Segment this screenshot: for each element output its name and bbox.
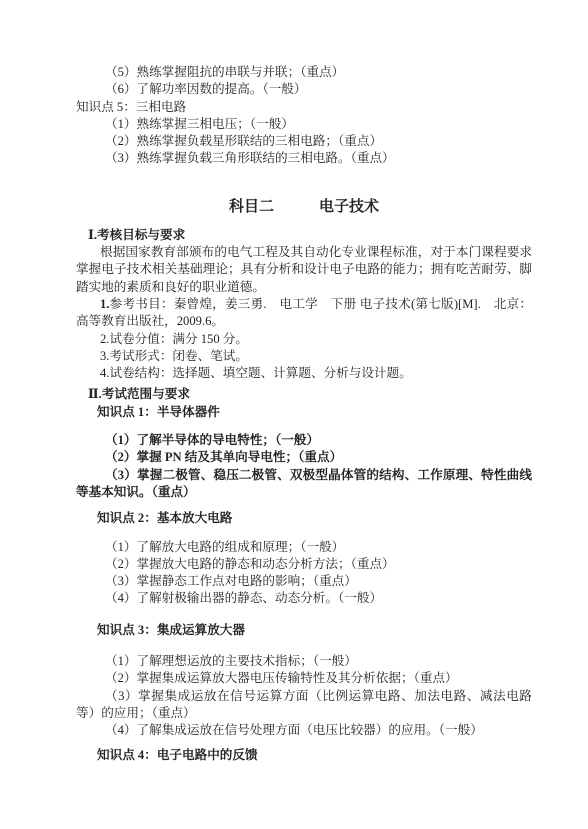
section-heading: Ⅱ.考试范围与要求 — [76, 386, 532, 403]
knowledge-point-items: （1）了解理想运放的主要技术指标；（一般） （2）掌握集成运算放大器电压传输特性… — [76, 653, 532, 739]
document-content: （5）熟练掌握阻抗的串联与并联；（重点） （6）了解功率因数的提高。（一般） 知… — [76, 64, 532, 764]
syllabus-item: （3）掌握二极管、稳压二极管、双极型晶体管的结构、工作原理、特性曲线等基本知识。… — [76, 467, 532, 502]
exam-score-item: 2.试卷分值：满分 150 分。 — [76, 331, 532, 348]
syllabus-item: （1）了解放大电路的组成和原理；（一般） — [76, 539, 532, 556]
exam-structure-item: 4.试卷结构：选择题、填空题、计算题、分析与设计题。 — [76, 365, 532, 382]
section-assessment-goals: Ⅰ.考核目标与要求 根据国家教育部颁布的电气工程及其自动化专业课程标准，对于本门… — [76, 227, 532, 383]
section-exam-scope: Ⅱ.考试范围与要求 知识点 1：半导体器件 （1）了解半导体的导电特性；（一般）… — [76, 386, 532, 763]
knowledge-point-heading: 知识点 4：电子电路中的反馈 — [76, 747, 532, 764]
intro-paragraph: 根据国家教育部颁布的电气工程及其自动化专业课程标准，对于本门课程要求掌握电子技术… — [76, 244, 532, 296]
syllabus-item: （2）熟练掌握负载星形联结的三相电路；（重点） — [76, 133, 532, 150]
knowledge-point-heading: 知识点 1：半导体器件 — [76, 404, 532, 421]
subject-name: 电子技术 — [319, 199, 379, 215]
syllabus-item: （6）了解功率因数的提高。（一般） — [76, 81, 532, 98]
syllabus-item: （1）了解理想运放的主要技术指标；（一般） — [76, 653, 532, 670]
reference-item: 1.参考书目：秦曾煌，姜三勇. 电工学 下册 电子技术(第七版)[M]. 北京：… — [76, 296, 532, 331]
syllabus-item: （3）掌握静态工作点对电路的影响；（重点） — [76, 573, 532, 590]
previous-subject-tail: （5）熟练掌握阻抗的串联与并联；（重点） （6）了解功率因数的提高。（一般） 知… — [76, 64, 532, 168]
subject-title: 科目二电子技术 — [76, 198, 532, 216]
item-text: 参考书目：秦曾煌，姜三勇. 电工学 下册 电子技术(第七版)[M]. 北京：高等… — [76, 297, 532, 328]
syllabus-item: （4）了解射极输出器的静态、动态分析。（一般） — [76, 590, 532, 607]
syllabus-item: （3）掌握集成运放在信号运算方面（比例运算电路、加法电路、减法电路等）的应用；（… — [76, 688, 532, 723]
knowledge-point-heading: 知识点 3：集成运算放大器 — [76, 622, 532, 639]
exam-form-item: 3.考试形式：闭卷、笔试。 — [76, 348, 532, 365]
syllabus-item: （1）了解半导体的导电特性；（一般） — [76, 432, 532, 449]
item-text: 试卷分值：满分 150 分。 — [109, 332, 248, 346]
syllabus-item: （5）熟练掌握阻抗的串联与并联；（重点） — [76, 64, 532, 81]
document-page: （5）熟练掌握阻抗的串联与并联；（重点） （6）了解功率因数的提高。（一般） 知… — [0, 0, 588, 829]
syllabus-item: （2）掌握集成运算放大器电压传输特性及其分析依据；（重点） — [76, 670, 532, 687]
knowledge-point-items: （1）了解放大电路的组成和原理；（一般） （2）掌握放大电路的静态和动态分析方法… — [76, 539, 532, 608]
syllabus-item: （1）熟练掌握三相电压；（一般） — [76, 116, 532, 133]
subject-number: 科目二 — [229, 199, 274, 215]
syllabus-item: （2）掌握放大电路的静态和动态分析方法；（重点） — [76, 556, 532, 573]
syllabus-item: （4）了解集成运放在信号处理方面（电压比较器）的应用。（一般） — [76, 722, 532, 739]
section-heading: Ⅰ.考核目标与要求 — [76, 227, 532, 244]
item-text: 试卷结构：选择题、填空题、计算题、分析与设计题。 — [109, 366, 411, 380]
knowledge-point-heading: 知识点 2：基本放大电路 — [76, 510, 532, 527]
knowledge-point-items: （1）了解半导体的导电特性；（一般） （2）掌握 PN 结及其单向导电性；（重点… — [76, 432, 532, 501]
knowledge-point-heading: 知识点 5：三相电路 — [76, 99, 532, 116]
syllabus-item: （3）熟练掌握负载三角形联结的三相电路。（重点） — [76, 150, 532, 167]
syllabus-item: （2）掌握 PN 结及其单向导电性；（重点） — [76, 449, 532, 466]
item-text: 考试形式：闭卷、笔试。 — [109, 349, 248, 363]
